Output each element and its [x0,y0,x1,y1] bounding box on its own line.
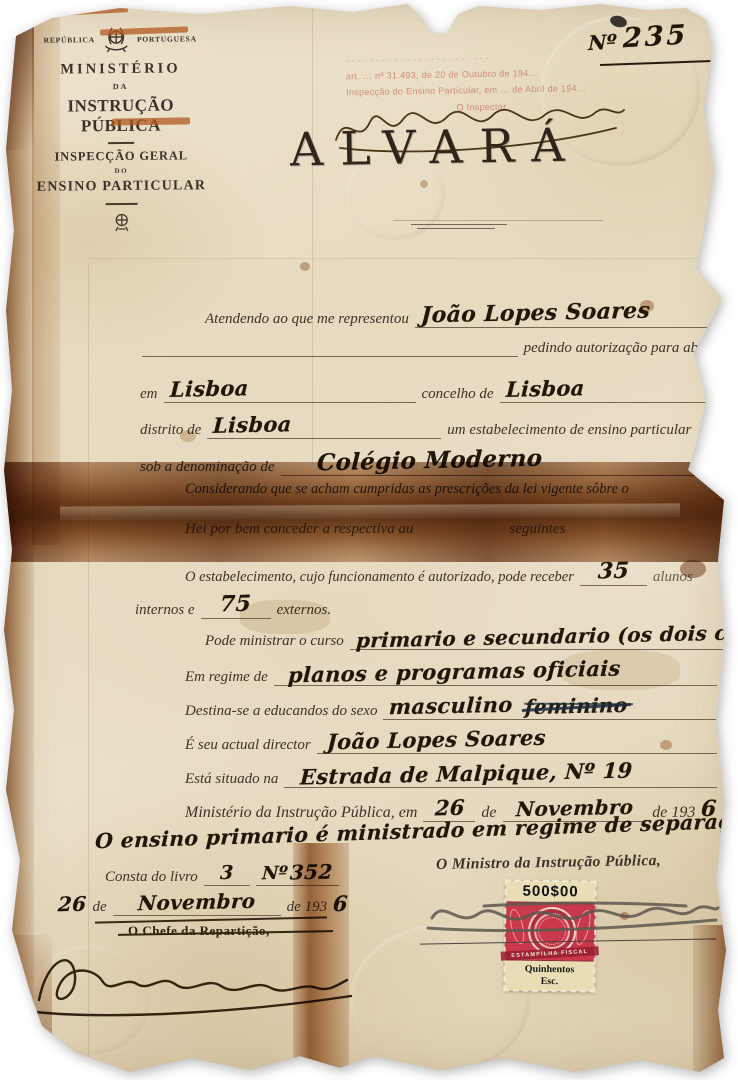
printed-text: Pode ministrar o curso [205,633,344,650]
document-sheet: REPÚBLICA PORTUGUESA MINISTÉRIO DA INSTR… [0,0,738,1080]
damage-band [0,462,738,562]
handwritten-director: João Lopes Soares [326,725,546,755]
form-line-representou: Atendendo ao que me representou João Lop… [205,300,717,328]
stain-spot [300,262,310,271]
printed-text: Está situado na [185,771,278,788]
handwritten-year: 6 [332,891,348,916]
printed-text: Atendendo ao que me representou [205,311,409,328]
printed-text: pedindo autorização para abrir [524,340,714,357]
printed-text: Considerando que se acham cumpridas as p… [185,481,629,498]
printed-text: É seu actual director [185,737,311,754]
printed-text: externos. [277,602,332,619]
form-line-pedindo: pedindo autorização para abrir [142,340,714,357]
handwritten-livro: 3 [219,862,234,884]
handwritten-morada: Estrada de Malpique, Nº 19 [300,758,634,790]
handwritten-concelho: Lisboa [505,375,585,402]
printed-text: em [140,386,158,403]
form-line-nota-final: O ensino primario é ministrado em regime… [95,815,710,845]
printed-text: internos e [135,602,195,619]
footer-line-data: 26 de Novembro de 193 6 [58,890,348,916]
ministro-signature [424,884,724,959]
tape-shine [60,503,680,520]
document-number-underline [600,60,712,66]
handwritten-city: Lisboa [169,375,249,402]
printed-text: O estabelecimento, cujo funcionamento é … [185,569,574,586]
handwritten-regime: planos e programas oficiais [287,656,621,688]
printed-text: Hei por bem conceder a respectiva au [185,521,414,538]
instrucao-publica-label: INSTRUÇÃO PÚBLICA [26,95,216,137]
stain-spot [420,180,428,188]
form-line-externos: internos e 75 externos. [135,591,535,619]
revenue-stamp-denomination: Quinhentos Esc. [504,959,594,991]
printed-text: de 193 [287,899,327,916]
form-line-sexo: Destina-se a educandos do sexo masculino… [185,693,717,720]
printed-text: concelho de [422,386,494,403]
handwritten-no-label: Nº [261,863,288,885]
printed-text: alunos [653,569,693,586]
form-line-hei-por-bem: Hei por bem conceder a respectiva au seg… [185,521,725,538]
portuguesa-label: PORTUGUESA [137,34,197,44]
printed-text: Destina-se a educandos do sexo [185,703,377,720]
form-line-concelho: em Lisboa concelho de Lisboa [140,376,716,403]
ensino-particular-label: ENSINO PARTICULAR [26,178,216,196]
printed-text: de [92,899,106,916]
letterhead-rule [108,142,134,144]
handwritten-distrito: Lisboa [213,411,293,438]
printed-text: seguintes [510,521,566,538]
form-line-considerando: Considerando que se acham cumpridas as p… [185,481,730,498]
national-crest-icon [99,26,133,52]
letterhead-rule [106,203,138,205]
form-line-director: É seu actual director João Lopes Soares [185,727,717,754]
fold-crease [90,258,710,259]
inspeccao-geral-label: INSPECÇÃO GERAL [26,148,216,165]
printed-text: sob a denominação de [140,459,275,476]
printed-text: distrito de [140,422,201,439]
printed-text: um estabelecimento de ensino particular [447,422,691,439]
form-line-regime: Em regime de planos e programas oficiais [185,659,717,686]
handwritten-curso: primario e secundario (os dois ciclos) [355,619,738,652]
form-line-curso: Pode ministrar o curso primario e secund… [205,624,725,650]
form-line-distrito: distrito de Lisboa um estabelecimento de… [140,412,716,439]
printed-text: Consta do livro [105,869,198,886]
form-line-alunos: O estabelecimento, cujo funcionamento é … [185,558,720,586]
printed-text: Em regime de [185,669,268,686]
tape-mark [58,4,128,16]
handwritten-name: João Lopes Soares [420,298,650,329]
handwritten-school-name: Colégio Moderno [316,445,543,477]
armillary-ornament-icon [110,212,134,232]
handwritten-month: Novembro [137,889,256,915]
blank-mark [393,220,608,229]
handwritten-sexo-struck: feminino [525,693,629,719]
letterhead: REPÚBLICA PORTUGUESA MINISTÉRIO DA INSTR… [25,25,217,238]
chefe-signature [25,938,360,1028]
do-label: DO [26,166,216,176]
republica-label: REPÚBLICA [44,35,95,44]
footer-line-livro: Consta do livro 3 Nº352 [105,860,340,886]
document-paper: REPÚBLICA PORTUGUESA MINISTÉRIO DA INSTR… [0,0,738,1080]
form-line-denominacao: sob a denominação de Colégio Moderno [140,447,716,476]
form-line-morada: Está situado na Estrada de Malpique, Nº … [185,761,717,788]
ministerio-label: MINISTÉRIO [25,60,215,79]
handwritten-externos-count: 75 [219,591,251,618]
handwritten-sexo: masculino [389,692,514,720]
handwritten-day: 26 [57,892,87,917]
document-title: ALVARÁ [290,117,582,176]
document-number-value: 235 [623,20,689,55]
handwritten-no-value: 352 [289,860,333,885]
da-label: DA [26,81,216,92]
handwritten-internos-count: 35 [597,558,629,585]
ministro-label: O Ministro da Instrução Pública, [436,852,661,874]
blank-rule [142,355,518,357]
